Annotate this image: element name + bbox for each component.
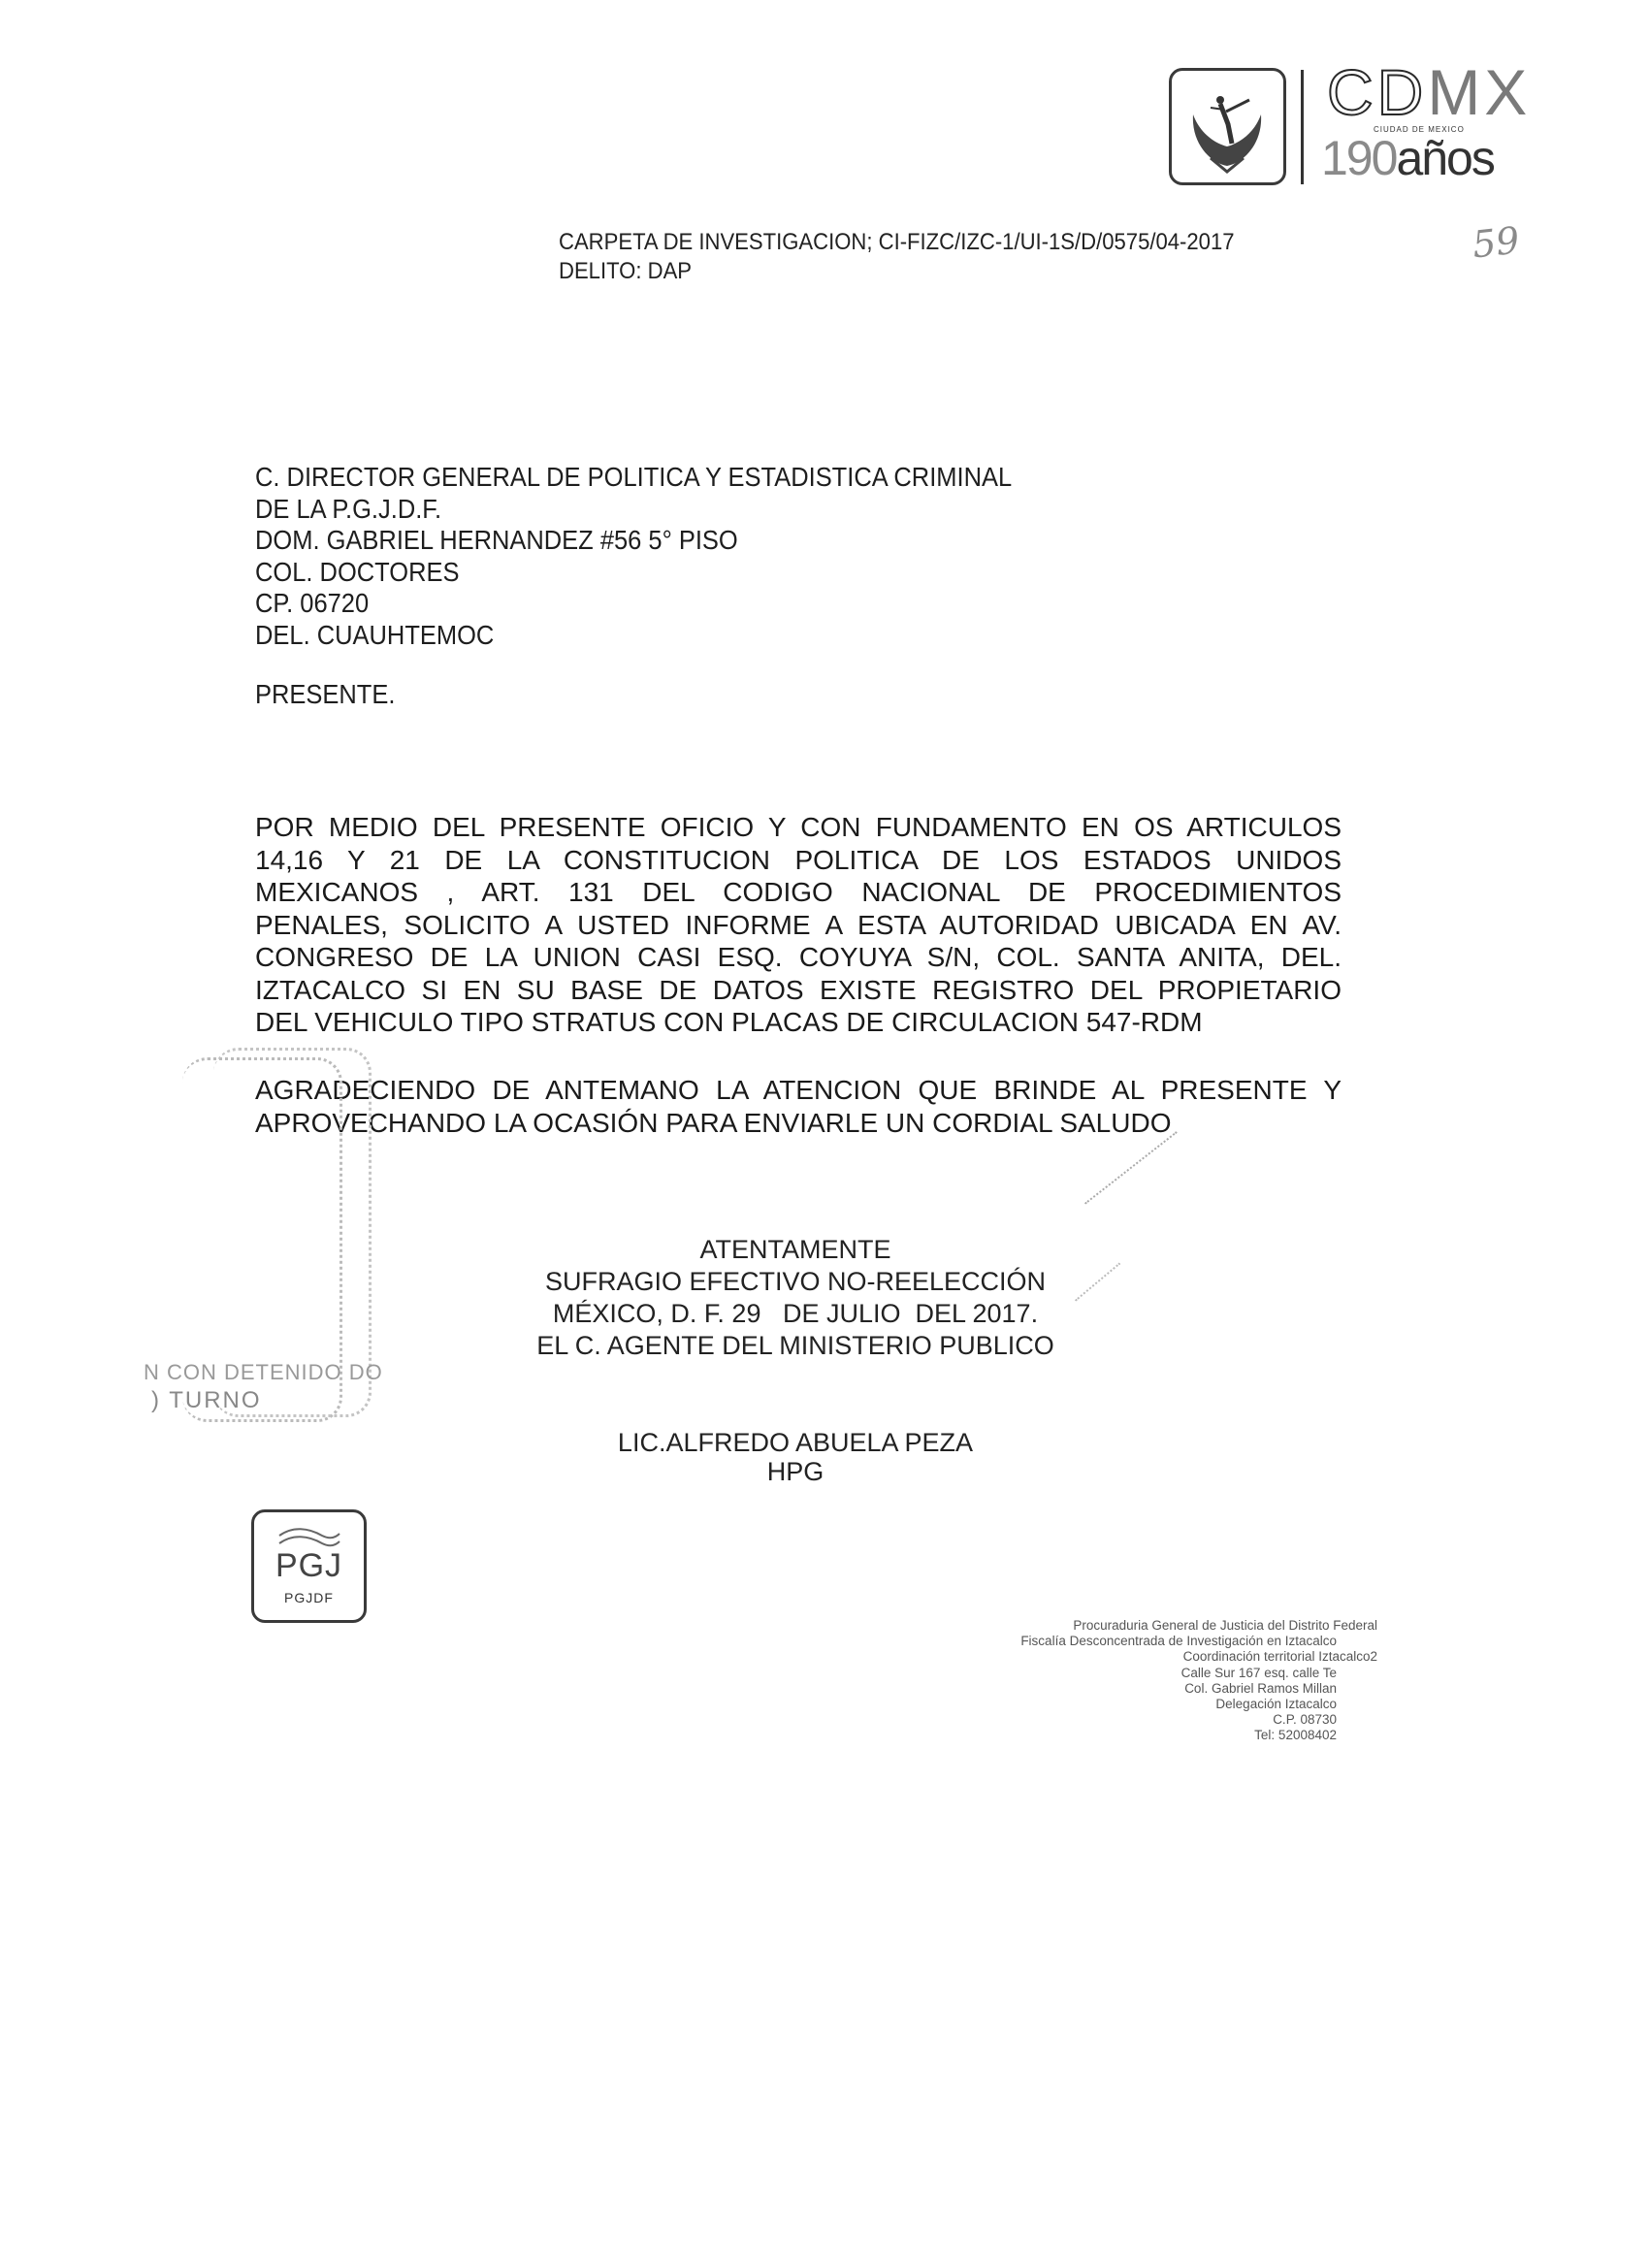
addressee-line: C. DIRECTOR GENERAL DE POLITICA Y ESTADI…	[255, 462, 1012, 494]
greeting: PRESENTE.	[255, 679, 395, 710]
cdmx-wordmark-mx: MX	[1427, 56, 1531, 128]
wave-icon	[275, 1524, 343, 1551]
addressee-line: DE LA P.G.J.D.F.	[255, 494, 1012, 526]
footer-line: Calle Sur 167 esq. calle Te	[931, 1666, 1337, 1681]
closing-line: ATENTAMENTE	[485, 1234, 1106, 1266]
anniversary-text: años	[1396, 131, 1493, 185]
anniversary-wordmark: 190años	[1321, 134, 1494, 182]
footer-address: Procuraduria General de Justicia del Dis…	[931, 1618, 1377, 1744]
signer-block: LIC.ALFREDO ABUELA PEZA HPG	[543, 1428, 1048, 1486]
closing-line: MÉXICO, D. F. 29 DE JULIO DEL 2017.	[485, 1298, 1106, 1330]
closing-block: ATENTAMENTE SUFRAGIO EFECTIVO NO-REELECC…	[485, 1234, 1106, 1362]
footer-line: Fiscalía Desconcentrada de Investigación…	[931, 1634, 1337, 1649]
handwritten-page-number: 59	[1471, 219, 1522, 267]
addressee-block: C. DIRECTOR GENERAL DE POLITICA Y ESTADI…	[255, 462, 1012, 651]
anniversary-number: 190	[1321, 131, 1396, 185]
angel-emblem-icon	[1172, 71, 1283, 182]
cdmx-wordmark: CDMX	[1327, 60, 1531, 124]
footer-line: Tel: 52008402	[931, 1728, 1337, 1743]
closing-line: EL C. AGENTE DEL MINISTERIO PUBLICO	[485, 1330, 1106, 1362]
footer-line: Coordinación territorial Iztacalco2	[931, 1649, 1377, 1665]
signer-name: LIC.ALFREDO ABUELA PEZA	[543, 1428, 1048, 1457]
cdmx-emblem-logo	[1169, 68, 1286, 185]
request-paragraph: POR MEDIO DEL PRESENTE OFICIO Y CON FUND…	[255, 811, 1342, 1039]
thanks-paragraph: AGRADECIENDO DE ANTEMANO LA ATENCION QUE…	[255, 1074, 1342, 1139]
signature-stroke	[1084, 1131, 1179, 1206]
signer-initials: HPG	[543, 1457, 1048, 1486]
footer-line: Procuraduria General de Justicia del Dis…	[931, 1618, 1377, 1634]
closing-line: SUFRAGIO EFECTIVO NO-REELECCIÓN	[485, 1266, 1106, 1298]
paragraph-line: POR MEDIO DEL PRESENTE OFICIO Y CON FUND…	[255, 811, 1342, 844]
paragraph-line: CONGRESO DE LA UNION CASI ESQ. COYUYA S/…	[255, 941, 1342, 974]
addressee-line: CP. 06720	[255, 588, 1012, 620]
stamp-text: ) TURNO	[151, 1387, 262, 1414]
paragraph-line: 14,16 Y 21 DE LA CONSTITUCION POLITICA D…	[255, 844, 1342, 877]
case-file-number: CARPETA DE INVESTIGACION; CI-FIZC/IZC-1/…	[559, 228, 1235, 257]
case-header: CARPETA DE INVESTIGACION; CI-FIZC/IZC-1/…	[559, 228, 1235, 286]
footer-line: Col. Gabriel Ramos Millan	[931, 1681, 1337, 1697]
received-stamp: N CON DETENIDO DO ) TURNO	[144, 1067, 347, 1421]
addressee-line: DEL. CUAUHTEMOC	[255, 620, 1012, 652]
addressee-line: COL. DOCTORES	[255, 557, 1012, 589]
paragraph-line: IZTACALCO SI EN SU BASE DE DATOS EXISTE …	[255, 974, 1342, 1007]
pgj-logo-text: PGJ	[254, 1549, 364, 1582]
logo-divider	[1301, 70, 1304, 184]
cdmx-wordmark-cd: CD	[1327, 56, 1427, 128]
footer-line: Delegación Iztacalco	[931, 1697, 1337, 1712]
paragraph-line: PENALES, SOLICITO A USTED INFORME A ESTA…	[255, 909, 1342, 942]
paragraph-line: AGRADECIENDO DE ANTEMANO LA ATENCION QUE…	[255, 1074, 1342, 1107]
footer-line: C.P. 08730	[931, 1712, 1337, 1728]
pgj-logo-subtext: PGJDF	[254, 1590, 364, 1605]
pgj-logo: PGJ PGJDF	[251, 1509, 367, 1623]
paragraph-line: MEXICANOS , ART. 131 DEL CODIGO NACIONAL…	[255, 876, 1342, 909]
paragraph-line: DEL VEHICULO TIPO STRATUS CON PLACAS DE …	[255, 1006, 1342, 1039]
addressee-line: DOM. GABRIEL HERNANDEZ #56 5° PISO	[255, 525, 1012, 557]
offense-label: DELITO: DAP	[559, 257, 1235, 286]
stamp-text: N CON DETENIDO DO	[144, 1360, 383, 1385]
